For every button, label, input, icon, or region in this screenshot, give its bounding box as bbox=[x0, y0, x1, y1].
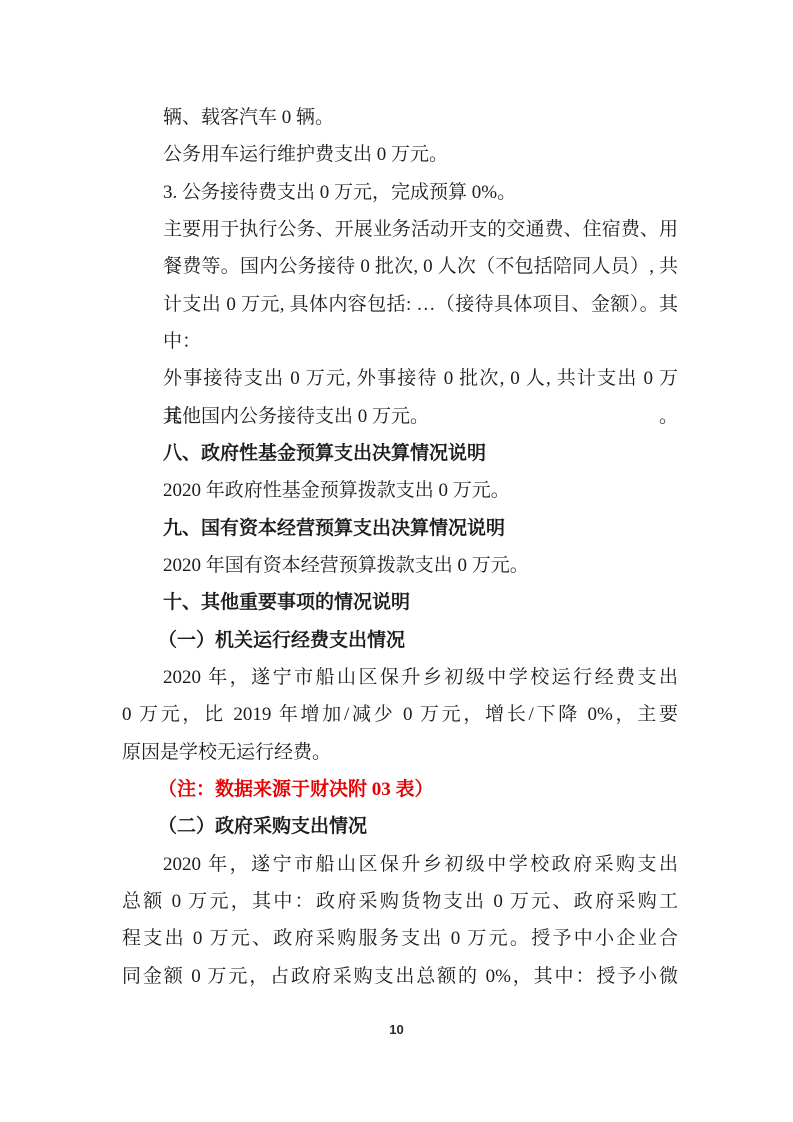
section-heading: 九、国有资本经营预算支出决算情况说明 bbox=[122, 510, 678, 547]
text-line: 3. 公务接待费支出 0 万元，完成预算 0%。 bbox=[122, 174, 678, 211]
text-line: 餐费等。国内公务接待 0 批次, 0 人次（不包括陪同人员）, 共 bbox=[122, 248, 678, 285]
text-line: 计支出 0 万元, 具体内容包括: …（接待具体项目、金额）。其 bbox=[122, 286, 678, 323]
text-line: 主要用于执行公务、开展业务活动开支的交通费、住宿费、用 bbox=[122, 211, 678, 248]
text-line: 2020 年政府性基金预算拨款支出 0 万元。 bbox=[122, 472, 678, 509]
text-line: 同金额 0 万元，占政府采购支出总额的 0%，其中：授予小微 bbox=[122, 958, 678, 995]
text-line: 原因是学校无运行经费。 bbox=[122, 734, 678, 771]
text-line: 程支出 0 万元、政府采购服务支出 0 万元。授予中小企业合 bbox=[122, 920, 678, 957]
section-heading: 十、其他重要事项的情况说明 bbox=[122, 584, 678, 621]
text-line: 2020 年，遂宁市船山区保升乡初级中学校运行经费支出 bbox=[122, 659, 678, 696]
text-line: 2020 年国有资本经营预算拨款支出 0 万元。 bbox=[122, 547, 678, 584]
text-line: 辆、载客汽车 0 辆。 bbox=[122, 99, 678, 136]
sub-section-heading: （一）机关运行经费支出情况 bbox=[122, 622, 678, 659]
note-line: （注：数据来源于财决附 03 表） bbox=[122, 771, 678, 808]
page-number-label: 10 bbox=[0, 1022, 793, 1037]
document-body: 辆、载客汽车 0 辆。公务用车运行维护费支出 0 万元。3. 公务接待费支出 0… bbox=[122, 99, 678, 995]
document-page: 辆、载客汽车 0 辆。公务用车运行维护费支出 0 万元。3. 公务接待费支出 0… bbox=[0, 0, 793, 1122]
text-line: 2020 年，遂宁市船山区保升乡初级中学校政府采购支出 bbox=[122, 846, 678, 883]
text-line: 0 万元，比 2019 年增加/减少 0 万元，增长/下降 0%，主要 bbox=[122, 696, 678, 733]
text-line: 总额 0 万元，其中：政府采购货物支出 0 万元、政府采购工 bbox=[122, 883, 678, 920]
section-heading: 八、政府性基金预算支出决算情况说明 bbox=[122, 435, 678, 472]
text-line: 中： bbox=[122, 323, 678, 360]
text-line: 公务用车运行维护费支出 0 万元。 bbox=[122, 136, 678, 173]
text-line: 外事接待支出 0 万元, 外事接待 0 批次, 0 人, 共计支出 0 万元。 bbox=[122, 360, 678, 397]
sub-section-heading: （二）政府采购支出情况 bbox=[122, 808, 678, 845]
